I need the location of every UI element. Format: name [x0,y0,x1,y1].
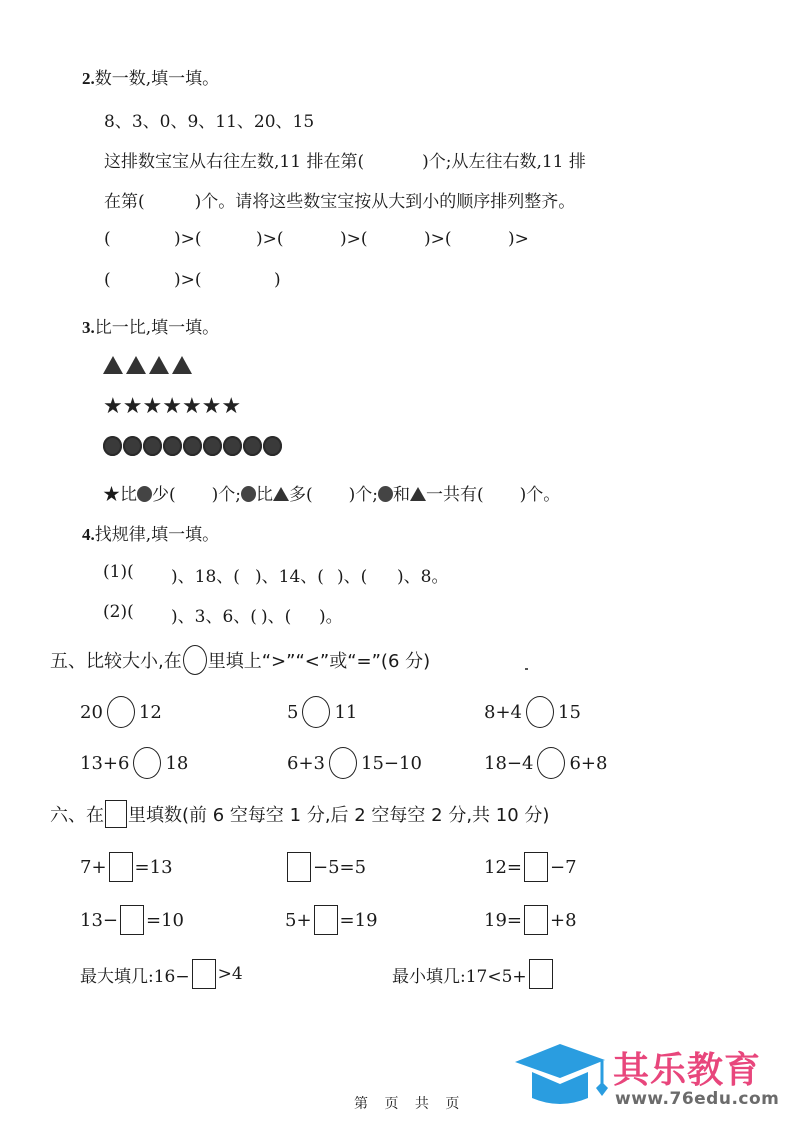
compare-left: 13+6 [80,753,129,774]
compare-right: 12 [139,702,162,723]
circle-icon [123,436,142,456]
fill-box[interactable] [287,852,311,882]
q3-text: 比 [256,485,273,505]
compare-left: 8+4 [484,702,522,723]
fill-item-1: 7+=13 [80,852,173,882]
circle-icon [241,486,256,502]
fill-item-2: −5=5 [285,852,366,882]
fill-before: 13− [80,910,118,931]
sec6-title-b: 里填数(前 6 空每空 1 分,后 2 空每空 2 分,共 10 分) [128,801,549,827]
q4-heading: 4.找规律,填一填。 [82,520,219,545]
order-paren[interactable]: )>( [174,270,202,290]
compare-item-5: 6+315−10 [287,747,422,779]
sec5-title-b: 里填上“>”“<”或“=”(6 分) [208,647,430,673]
compare-circle[interactable] [526,696,554,728]
q3-number: 3. [82,318,95,337]
q2-title: 数一数,填一填。 [95,69,219,89]
triangle-icon [103,356,123,374]
order-paren[interactable]: )> [508,229,529,249]
q3-heading: 3.比一比,填一填。 [82,313,219,338]
q4-title: 找规律,填一填。 [95,525,219,545]
q4-seg: )、8。 [397,562,448,587]
star-icon: ★ [103,396,123,418]
q3-text: 多( [289,485,313,505]
triangle-row [103,356,192,374]
order-paren[interactable]: )>( [256,229,284,249]
order-paren[interactable]: ) [274,270,281,290]
sec5-title-a: 五、比较大小,在 [50,647,182,673]
square-icon [105,800,127,828]
graduation-cap-icon [510,1040,620,1110]
circle-icon [143,436,162,456]
compare-right: 6+8 [569,753,607,774]
circle-icon [103,436,122,456]
q2-line2-a: 在第( [104,192,145,212]
compare-left: 6+3 [287,753,325,774]
triangle-icon [149,356,169,374]
fill-box[interactable] [314,905,338,935]
q2-line2-b: )个。请将这些数宝宝按从大到小的顺序排列整齐。 [195,192,576,212]
compare-right: 15 [558,702,581,723]
q2-line1: 这排数宝宝从右往左数,11 排在第()个;从左往右数,11 排 [104,147,586,172]
order-paren[interactable]: )>( [424,229,452,249]
fill-after: −5=5 [313,857,366,878]
fill-after: =13 [135,857,173,878]
compare-circle[interactable] [329,747,357,779]
fill-box[interactable] [529,959,553,989]
fill-item-4: 13−=10 [80,905,184,935]
compare-item-4: 13+618 [80,747,188,779]
compare-item-2: 511 [287,696,357,728]
fill-before: 最小填几:17<5+ [392,962,527,987]
star-icon: ★ [142,396,162,418]
section-6-heading: 六、在里填数(前 6 空每空 1 分,后 2 空每空 2 分,共 10 分) [50,800,549,828]
fill-item-5: 5+=19 [285,905,378,935]
circle-icon [183,436,202,456]
fill-after: =10 [146,910,184,931]
fill-before: 19= [484,910,522,931]
q3-text: 少( [152,485,176,505]
order-paren[interactable]: ( [104,270,111,290]
q3-text: )个; [212,485,241,505]
fill-item-max: 最大填几:16−>4 [80,959,243,989]
fill-item-min: 最小填几:17<5+ [392,959,555,989]
compare-left: 5 [287,702,298,723]
q2-number: 2. [82,69,95,88]
fill-box[interactable] [524,852,548,882]
q2-line1-b: )个;从左往右数,11 排 [422,152,586,172]
compare-left: 20 [80,702,103,723]
compare-circle[interactable] [133,747,161,779]
compare-left: 18−4 [484,753,533,774]
q4-seg: )、( [337,562,367,587]
q4-seg: )、3、6、( [171,602,257,627]
compare-circle[interactable] [107,696,135,728]
star-icon: ★ [103,485,120,505]
q3-text: 比 [120,485,137,505]
circle-row [103,436,282,456]
circle-icon [183,645,207,675]
fill-before: 12= [484,857,522,878]
fill-item-3: 12=−7 [484,852,577,882]
watermark-url: www.76edu.com [615,1089,779,1109]
circle-icon [223,436,242,456]
page-footer: 第 页 共 页 [354,1093,465,1113]
compare-circle[interactable] [537,747,565,779]
scan-mark [525,668,528,670]
circle-icon [137,486,152,502]
q2-line1-a: 这排数宝宝从右往左数,11 排在第( [104,152,364,172]
fill-box[interactable] [120,905,144,935]
q3-text: 和 [393,485,410,505]
q4-seg: (2)( [103,602,134,622]
star-icon: ★ [162,396,182,418]
triangle-icon [126,356,146,374]
q3-title: 比一比,填一填。 [95,318,219,338]
q4-number: 4. [82,525,95,544]
compare-item-1: 2012 [80,696,162,728]
fill-after: >4 [218,964,243,984]
compare-right: 18 [165,753,188,774]
order-paren[interactable]: )>( [174,229,202,249]
compare-circle[interactable] [302,696,330,728]
q2-sequence: 8、3、0、9、11、20、15 [104,107,314,132]
fill-after: −7 [550,857,577,878]
triangle-icon [410,487,426,501]
fill-box[interactable] [109,852,133,882]
order-paren[interactable]: )>( [340,229,368,249]
circle-icon [243,436,262,456]
star-icon: ★ [123,396,143,418]
triangle-icon [273,487,289,501]
circle-icon [203,436,222,456]
q2-line2: 在第()个。请将这些数宝宝按从大到小的顺序排列整齐。 [104,187,575,212]
compare-right: 11 [334,702,357,723]
star-icon: ★ [221,396,241,418]
triangle-icon [172,356,192,374]
fill-after: =19 [340,910,378,931]
fill-item-6: 19=+8 [484,905,577,935]
fill-before: 7+ [80,857,107,878]
q3-text: 一共有( [426,485,484,505]
star-row: ★ ★ ★ ★ ★ ★ ★ [103,396,241,418]
q4-seg: (1)( [103,562,134,582]
compare-right: 15−10 [361,753,422,774]
q4-seg: )、18、( [171,562,240,587]
section-5-heading: 五、比较大小,在里填上“>”“<”或“=”(6 分) [50,645,430,675]
sec6-title-a: 六、在 [50,801,104,827]
fill-before: 最大填几:16− [80,962,190,987]
star-icon: ★ [202,396,222,418]
circle-icon [263,436,282,456]
q4-seg: )、( [261,602,291,627]
circle-icon [163,436,182,456]
star-icon: ★ [182,396,202,418]
circle-icon [378,486,393,502]
watermark-brand: 其乐教育 [613,1042,761,1093]
q2-heading: 2.数一数,填一填。 [82,64,219,89]
q4-seg: )。 [319,602,343,627]
q3-text: )个; [349,485,378,505]
compare-item-3: 8+415 [484,696,581,728]
fill-before: 5+ [285,910,312,931]
q4-seg: )、14、( [255,562,324,587]
fill-after: +8 [550,910,577,931]
q3-sentence: ★比少()个;比多()个;和一共有()个。 [103,480,560,505]
q3-text: )个。 [520,485,561,505]
fill-box[interactable] [192,959,216,989]
fill-box[interactable] [524,905,548,935]
compare-item-6: 18−46+8 [484,747,607,779]
order-paren[interactable]: ( [104,229,111,249]
